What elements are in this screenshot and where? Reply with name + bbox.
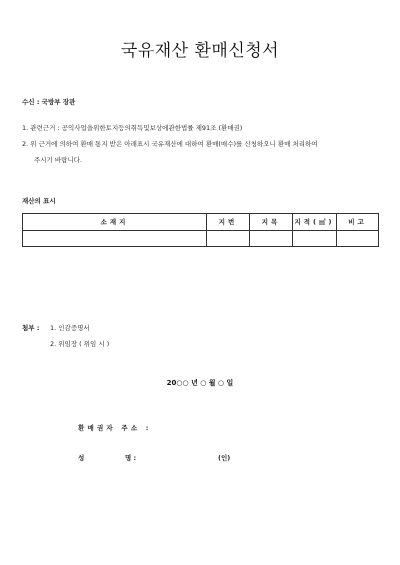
applicant-address-label: 환매권자 주소 : [78, 423, 152, 432]
recipient-line: 수신 : 국방부 장관 [22, 97, 75, 106]
cell-location[interactable] [23, 230, 207, 247]
date-line: 20○○ 년 ○ 월 ○ 일 [0, 378, 400, 388]
document-title: 국유재산 환매신청서 [0, 36, 400, 61]
attachment-item: 1. 인감증명서 [50, 323, 90, 332]
applicant-name-label-second: 명 : [125, 453, 136, 462]
header-location: 소재지 [23, 214, 207, 231]
header-lot-number: 지번 [207, 214, 250, 231]
cell-lot-number[interactable] [207, 230, 250, 247]
property-section-label: 재산의 표시 [22, 196, 56, 205]
attachment-item: 2. 위임장 ( 위임 시 ) [50, 339, 109, 348]
table-header-row: 소재지 지번 지목 지적(㎡) 비고 [23, 214, 379, 231]
header-land-category: 지목 [250, 214, 293, 231]
attachments-label: 첨부 : [22, 323, 39, 332]
cell-remarks[interactable] [337, 230, 379, 247]
header-area: 지적(㎡) [293, 214, 337, 231]
header-remarks: 비고 [337, 214, 379, 231]
cell-area[interactable] [293, 230, 337, 247]
legal-basis-paragraph: 1. 관련근거 : 공익사업을위한토지등의취득및보상에관한법률 제91조 (환매… [22, 123, 242, 132]
request-paragraph: 2. 위 근거에 의하여 환매 통지 받은 아래표시 국유재산에 대하여 환매(… [22, 139, 318, 148]
table-row [23, 230, 379, 247]
property-table: 소재지 지번 지목 지적(㎡) 비고 [22, 213, 379, 247]
cell-land-category[interactable] [250, 230, 293, 247]
request-paragraph-continued: 주시기 바랍니다. [34, 155, 82, 164]
applicant-name-label-first: 성 [78, 453, 84, 462]
seal-label: (인) [218, 453, 230, 462]
